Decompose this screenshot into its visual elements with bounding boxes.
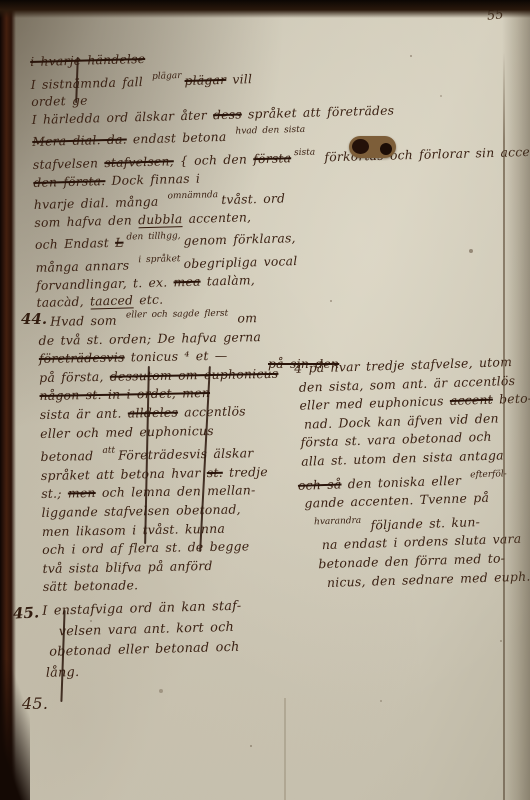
shadow-top	[0, 0, 530, 18]
section-44-left-column: Hvad som eller och sagde flerst omde två…	[38, 304, 282, 597]
section-44-right-column: 4 på hvar tredje stafvelse, utomden sist…	[290, 352, 530, 593]
intro-paragraph: i hvarje händelseI sistnämnda fall pläga…	[30, 41, 530, 313]
ink-blot-hole	[380, 143, 392, 155]
paper-crease	[284, 698, 286, 800]
ink-blot-hole	[352, 139, 369, 154]
shadow-corner	[0, 660, 30, 800]
ink-blot	[349, 136, 396, 158]
book-edge-right	[502, 0, 530, 800]
section-45-paragraph: I enstafviga ord än kan staf-velsen vara…	[36, 597, 243, 684]
manuscript-photo: 55 i hvarje händelseI sistnämnda fall pl…	[0, 0, 530, 800]
